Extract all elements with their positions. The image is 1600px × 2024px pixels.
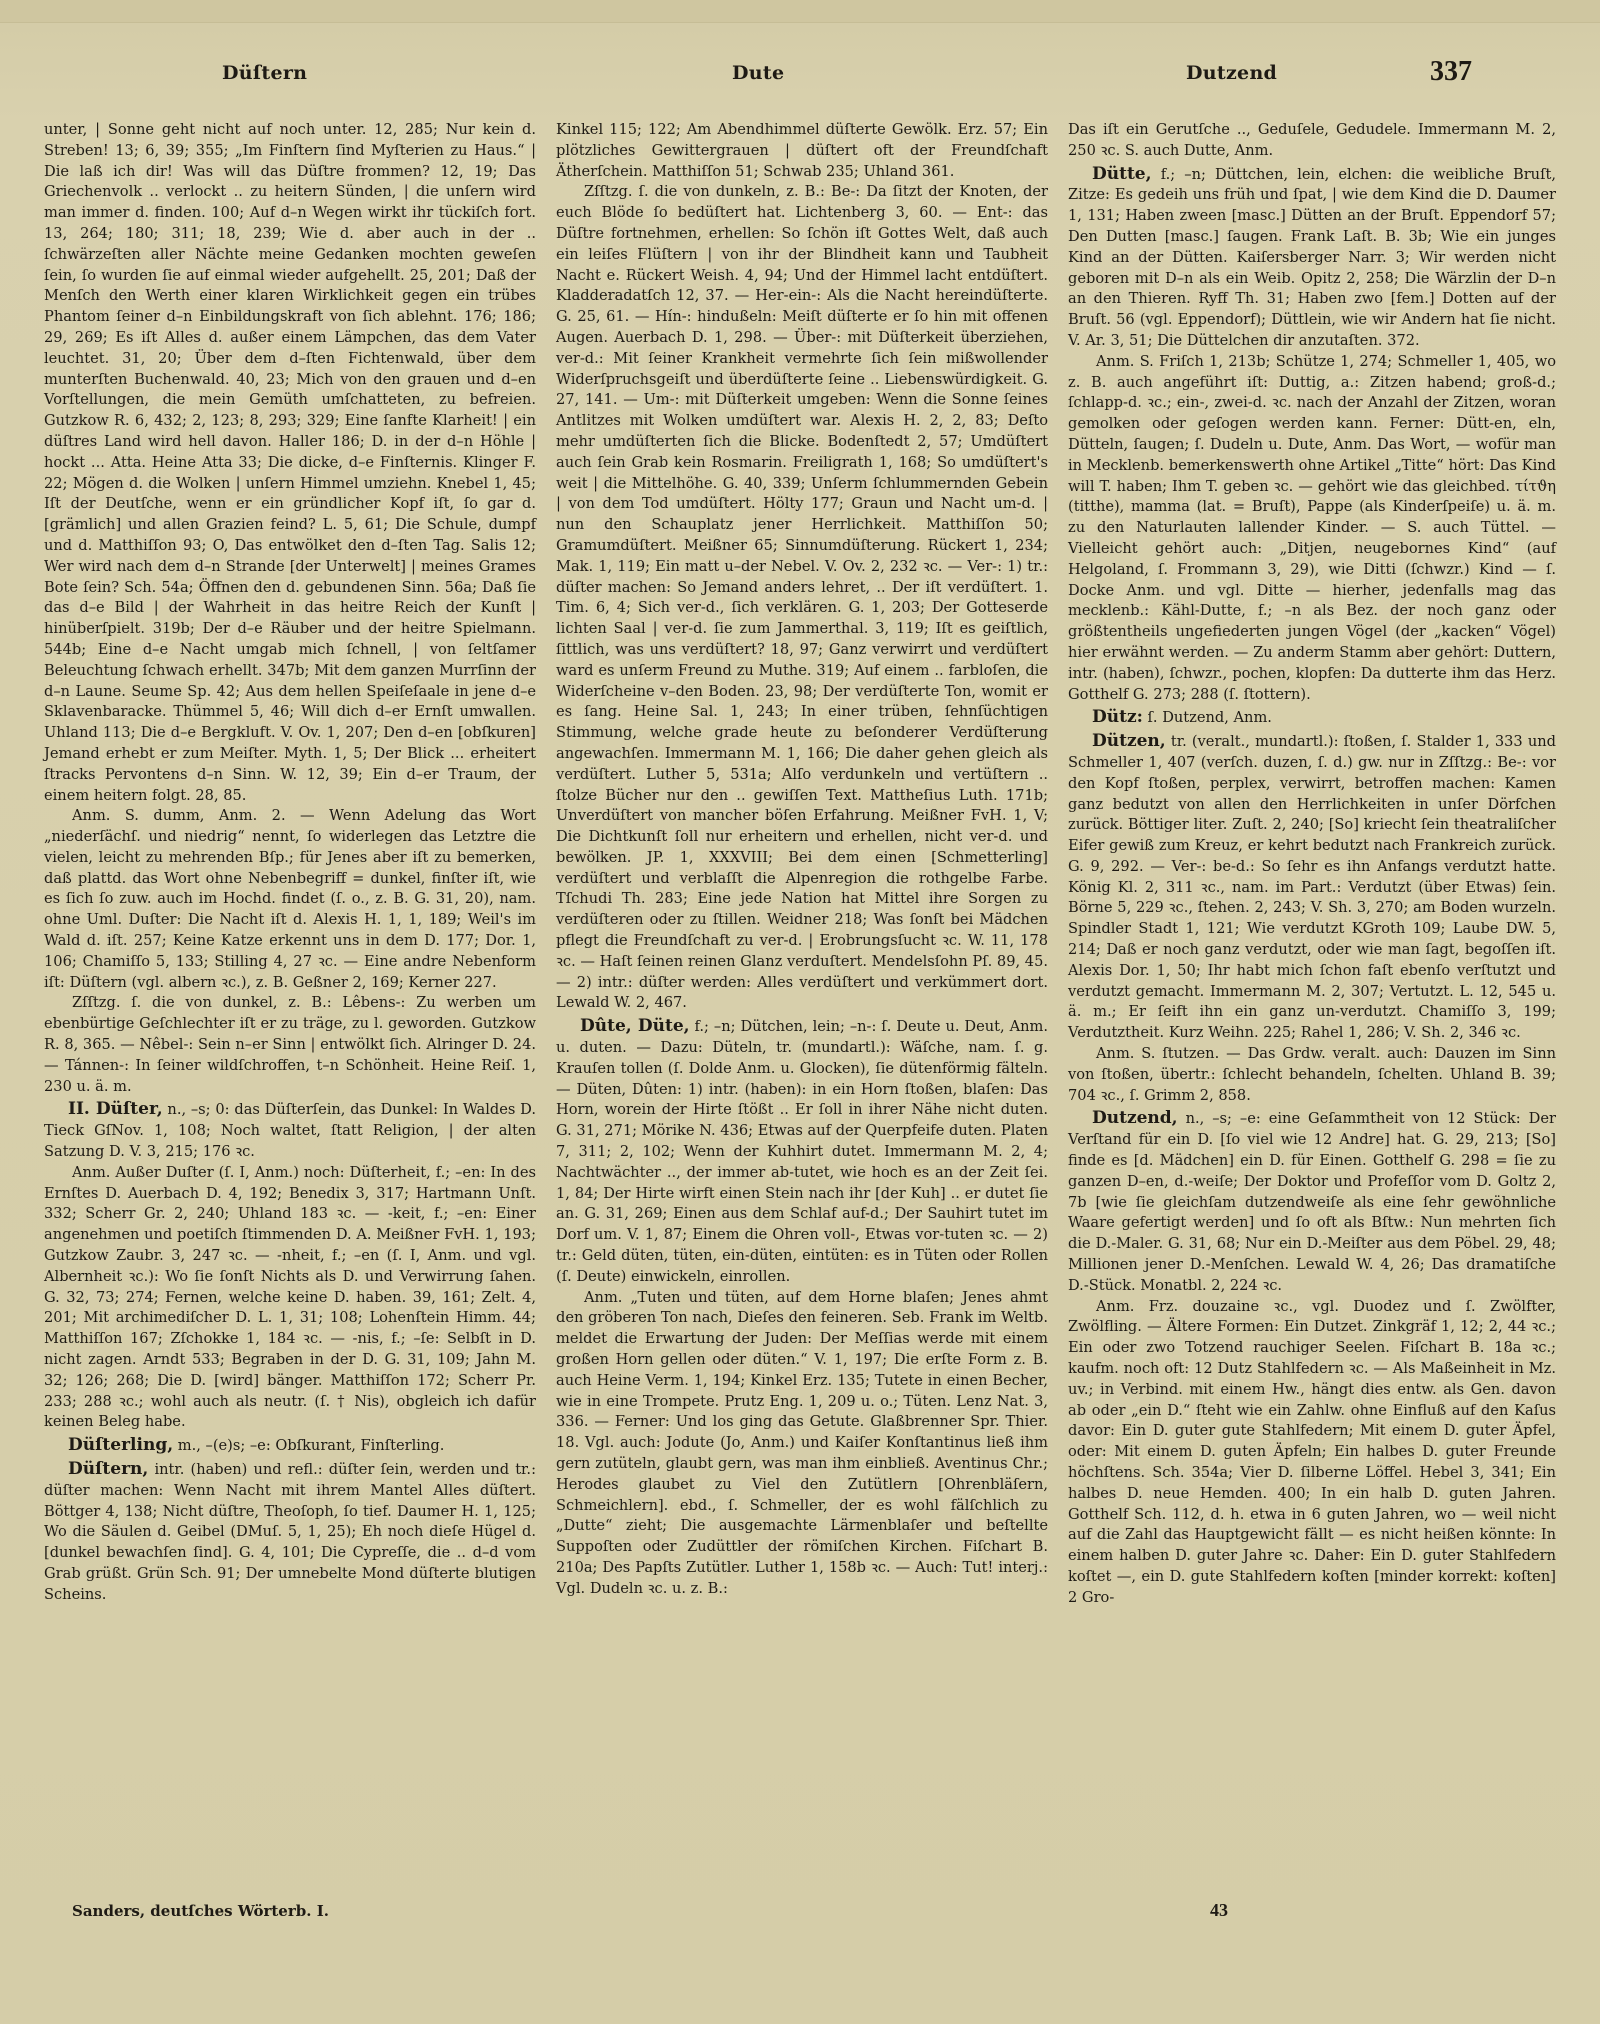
dictionary-entry: II. Düſter, n., –s; 0: das Düſterſein, d… bbox=[44, 1099, 536, 1162]
entry-text: Zſſtzg. ſ. die von dunkeln, z. B.: Be-: … bbox=[556, 183, 1048, 1011]
entry-paragraph: unter, | Sonne geht nicht auf noch unter… bbox=[44, 120, 536, 806]
guide-word-center: Dute bbox=[732, 62, 784, 84]
printer-signature: Sanders, deutſches Wörterb. I. bbox=[72, 1902, 329, 1920]
text-column-right: Das iſt ein Gerutſche .., Geduſele, Gedu… bbox=[1068, 120, 1556, 1609]
entry-paragraph: Anm. S. Friſch 1, 213b; Schütze 1, 274; … bbox=[1068, 352, 1556, 706]
entry-text: Zſſtzg. ſ. die von dunkel, z. B.: Lêbens… bbox=[44, 994, 536, 1094]
entry-text: tr. (veralt., mundartl.): ſtoßen, ſ. Sta… bbox=[1068, 733, 1556, 1041]
entry-paragraph: Anm. S. dumm, Anm. 2. — Wenn Adelung das… bbox=[44, 806, 536, 993]
dictionary-page: Düſtern Dute Dutzend 337 unter, | Sonne … bbox=[0, 0, 1600, 2024]
entry-text: f.; –n; Düttchen, lein, elchen: die weib… bbox=[1068, 166, 1556, 349]
dictionary-entry: Dütte, f.; –n; Düttchen, lein, elchen: d… bbox=[1068, 164, 1556, 352]
page-top-edge bbox=[0, 0, 1600, 23]
guide-word-right: Dutzend bbox=[1186, 62, 1277, 84]
entry-text: Kinkel 115; 122; Am Abendhimmel düſterte… bbox=[556, 121, 1048, 180]
entry-text: Anm. S. ſtutzen. — Das Grdw. veralt. auc… bbox=[1068, 1045, 1556, 1104]
running-header: Düſtern Dute Dutzend 337 bbox=[0, 62, 1600, 92]
entry-text: Anm. S. Friſch 1, 213b; Schütze 1, 274; … bbox=[1068, 353, 1556, 703]
entry-paragraph: Anm. Außer Duſter (ſ. I, Anm.) noch: Düſ… bbox=[44, 1163, 536, 1433]
entry-paragraph: Anm. S. ſtutzen. — Das Grdw. veralt. auc… bbox=[1068, 1044, 1556, 1106]
entry-text: unter, | Sonne geht nicht auf noch unter… bbox=[44, 121, 536, 804]
dictionary-entry: Düſterling, m., –(e)s; –e: Obſkurant, Fi… bbox=[44, 1435, 536, 1457]
entry-text: Anm. S. dumm, Anm. 2. — Wenn Adelung das… bbox=[44, 807, 536, 990]
entry-paragraph: Das iſt ein Gerutſche .., Geduſele, Gedu… bbox=[1068, 120, 1556, 162]
entry-paragraph: Zſſtzg. ſ. die von dunkel, z. B.: Lêbens… bbox=[44, 993, 536, 1097]
guide-word-left: Düſtern bbox=[222, 62, 307, 84]
text-column-left: unter, | Sonne geht nicht auf noch unter… bbox=[44, 120, 536, 1606]
text-column-middle: Kinkel 115; 122; Am Abendhimmel düſterte… bbox=[556, 120, 1048, 1600]
dictionary-entry: Dutzend, n., –s; –e: eine Geſammtheit vo… bbox=[1068, 1108, 1556, 1296]
entry-paragraph: Anm. „Tuten und tüten, auf dem Horne bla… bbox=[556, 1288, 1048, 1600]
entry-headword: Dützen, bbox=[1092, 731, 1166, 751]
dictionary-entry: Dûte, Düte, f.; –n; Dütchen, lein; –n-: … bbox=[556, 1016, 1048, 1287]
entry-paragraph: Kinkel 115; 122; Am Abendhimmel düſterte… bbox=[556, 120, 1048, 182]
entry-headword: Dutzend, bbox=[1092, 1108, 1178, 1128]
entry-text: Anm. Frz. douzaine ꝛc., vgl. Duodez und … bbox=[1068, 1298, 1556, 1606]
entry-text: ſ. Dutzend, Anm. bbox=[1143, 709, 1272, 726]
entry-paragraph: Zſſtzg. ſ. die von dunkeln, z. B.: Be-: … bbox=[556, 182, 1048, 1014]
entry-headword: Düſterling, bbox=[68, 1435, 173, 1455]
page-number: 337 bbox=[1430, 56, 1472, 88]
entry-text: m., –(e)s; –e: Obſkurant, Finſterling. bbox=[173, 1437, 444, 1454]
entry-text: Anm. Außer Duſter (ſ. I, Anm.) noch: Düſ… bbox=[44, 1164, 536, 1431]
entry-text: Das iſt ein Gerutſche .., Geduſele, Gedu… bbox=[1068, 121, 1556, 159]
entry-text: f.; –n; Dütchen, lein; –n-: ſ. Deute u. … bbox=[556, 1018, 1048, 1285]
entry-headword: Düſtern, bbox=[68, 1459, 148, 1479]
entry-headword: Dütz: bbox=[1092, 707, 1143, 727]
dictionary-entry: Dützen, tr. (veralt., mundartl.): ſtoßen… bbox=[1068, 731, 1556, 1044]
entry-text: n., –s; –e: eine Geſammtheit von 12 Stüc… bbox=[1068, 1110, 1556, 1293]
entry-headword: Dütte, bbox=[1092, 164, 1152, 184]
entry-paragraph: Anm. Frz. douzaine ꝛc., vgl. Duodez und … bbox=[1068, 1297, 1556, 1609]
sheet-number: 43 bbox=[1210, 1900, 1228, 1921]
entry-headword: Dûte, Düte, bbox=[580, 1016, 690, 1036]
entry-headword: II. Düſter, bbox=[68, 1099, 163, 1119]
dictionary-entry: Düſtern, intr. (haben) und refl.: düſter… bbox=[44, 1459, 536, 1606]
entry-text: Anm. „Tuten und tüten, auf dem Horne bla… bbox=[556, 1289, 1048, 1597]
dictionary-entry: Dütz: ſ. Dutzend, Anm. bbox=[1068, 707, 1556, 729]
entry-text: intr. (haben) und refl.: düſter ſein, we… bbox=[44, 1461, 536, 1603]
